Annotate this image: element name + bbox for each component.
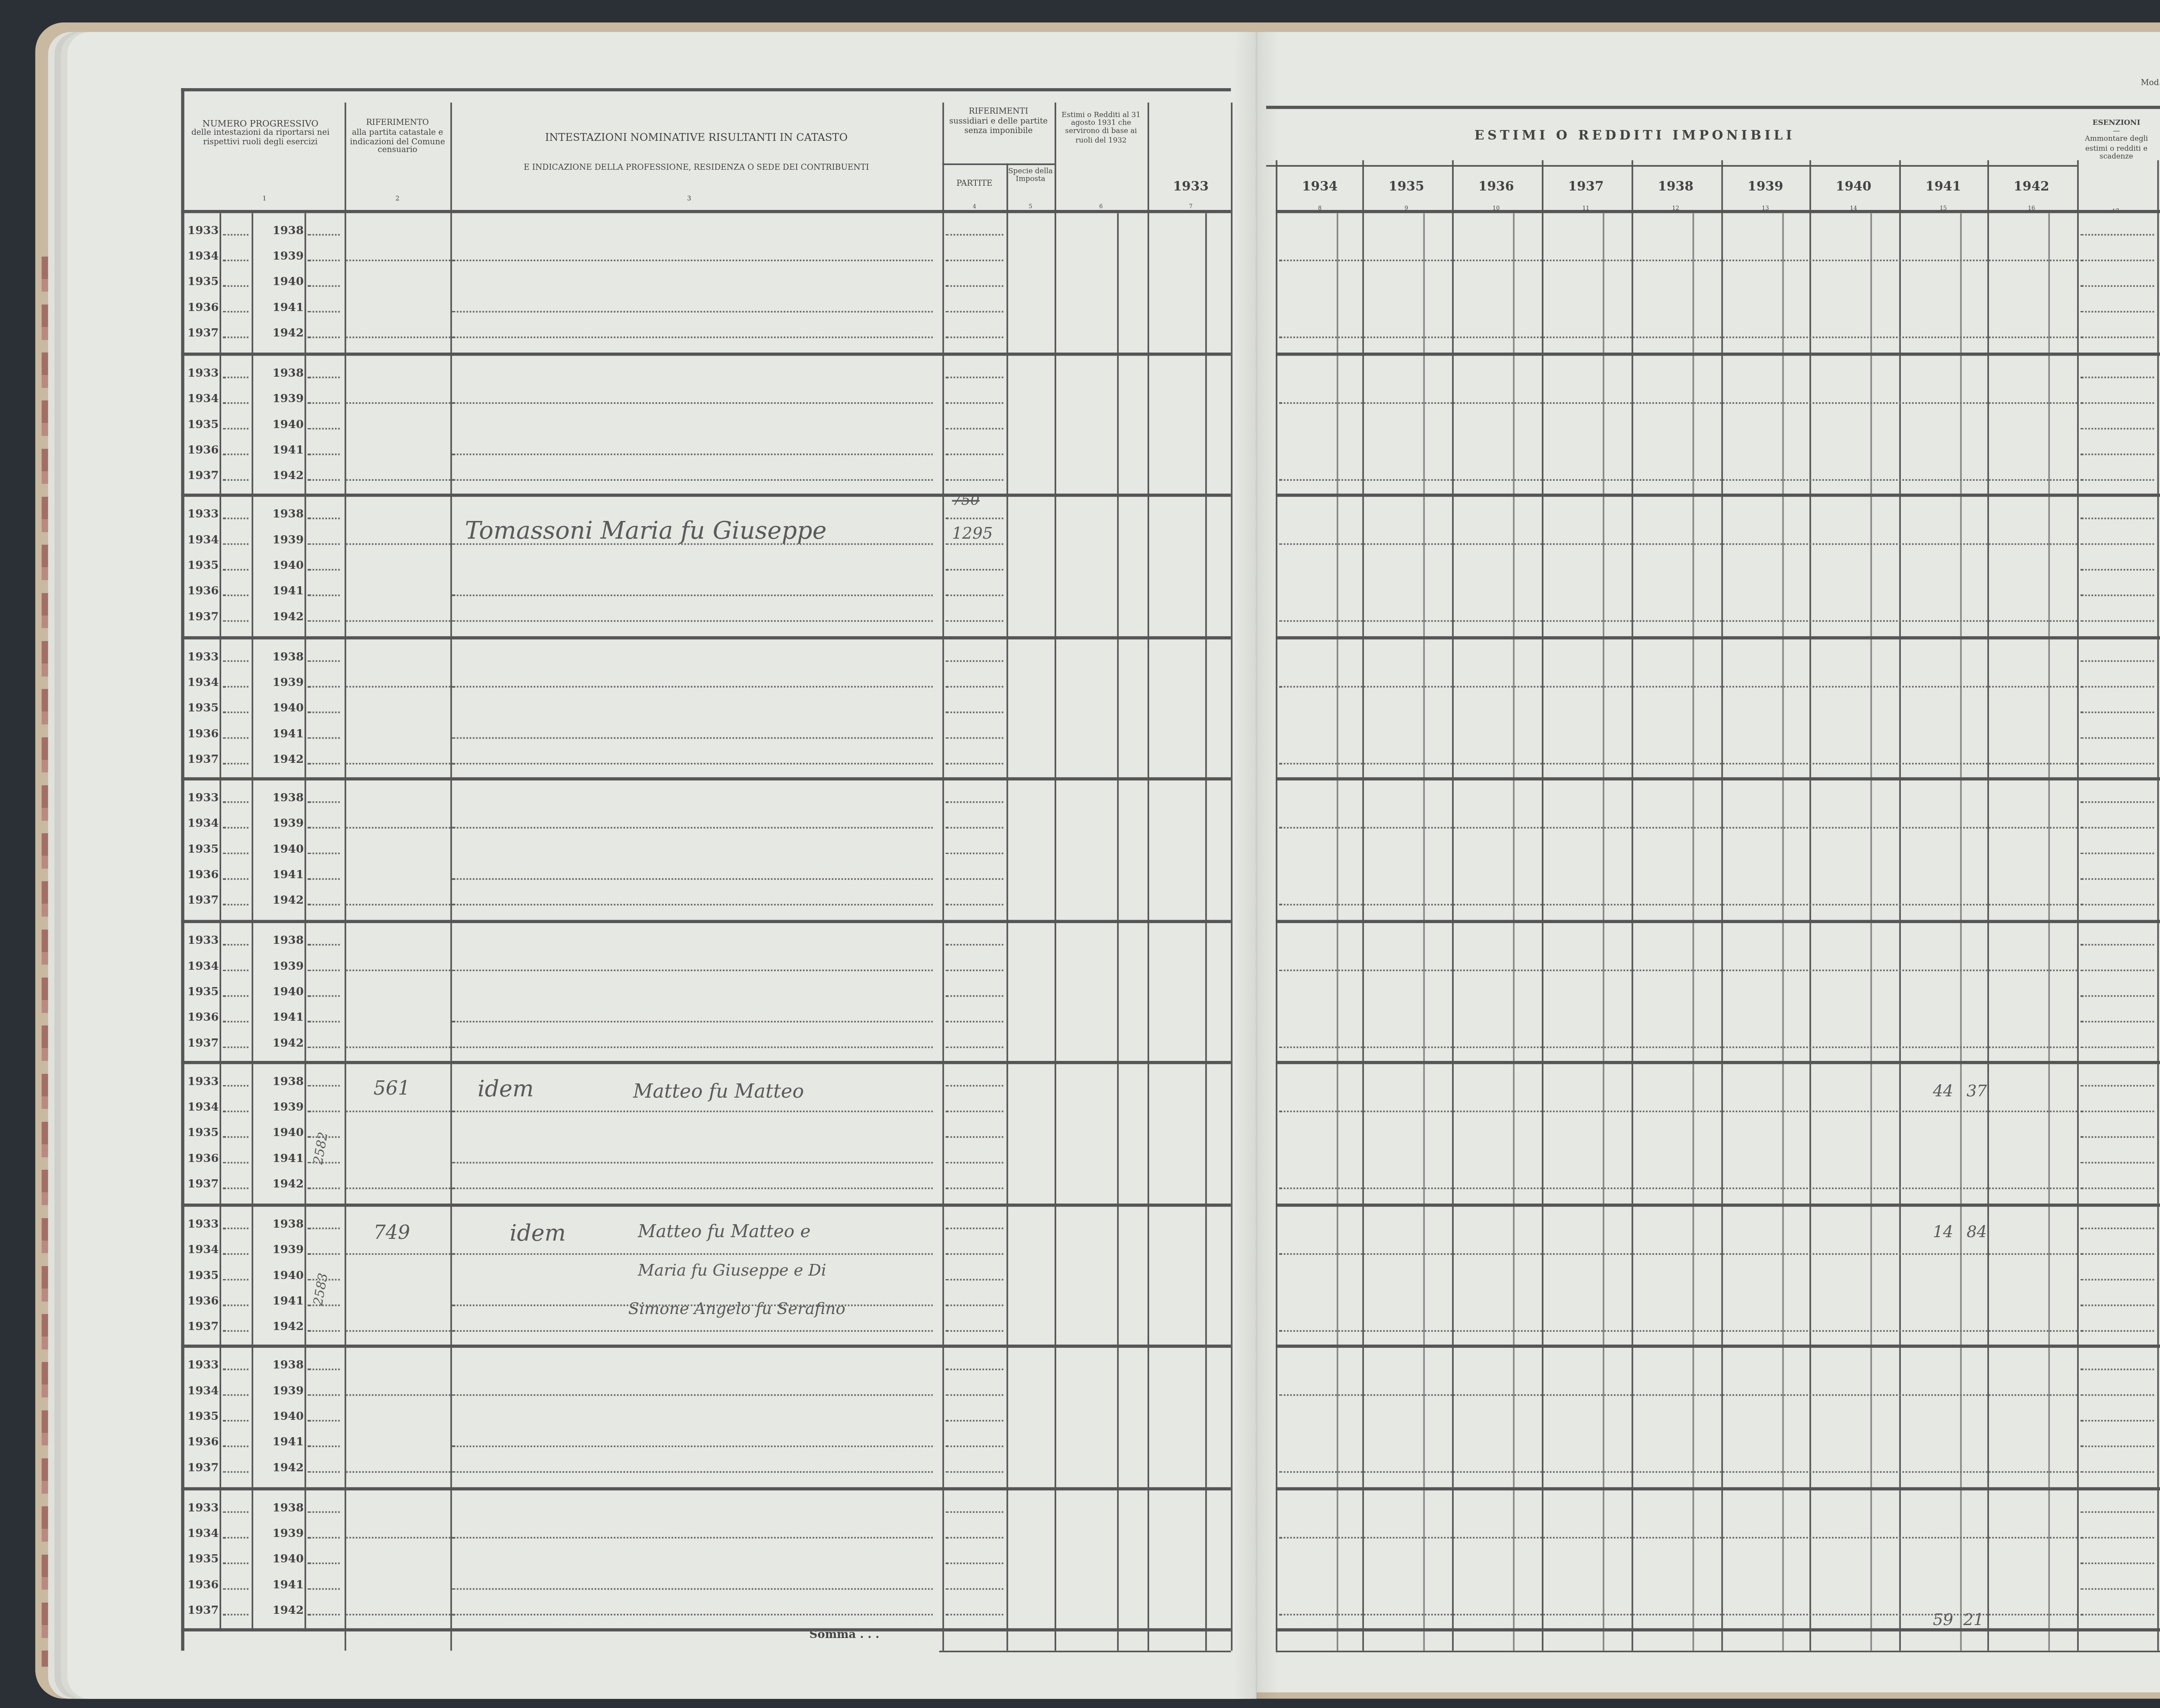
dotted-line [223,569,248,571]
dotted-line [308,1562,340,1563]
year-label: 1941 [273,725,304,740]
total-1941-int: 59 [1933,1612,1953,1630]
year-header: 1939 [1722,180,1810,194]
dotted-line [223,1511,248,1512]
dotted-line [946,478,1004,480]
year-col-num: 15 [1899,205,1987,212]
dotted-line [946,994,1004,996]
row-border-right [1276,919,2160,926]
dotted-line [346,620,450,622]
dotted-line [223,1420,248,1422]
dotted-line [346,337,450,338]
dotted-line [308,1536,340,1538]
dotted-line [452,1187,933,1189]
row-border-right [1276,635,2160,642]
dotted-line [946,1046,1004,1048]
year-col-num: 13 [1722,205,1810,212]
dotted-line [2081,1562,2154,1563]
cents-divider [1782,213,1784,1651]
year-label: 1934 [187,958,219,972]
cents-divider [2048,213,2050,1651]
year-label: 1933 [187,1357,219,1371]
dotted-line [223,1187,248,1189]
year-label: 1940 [273,558,304,572]
year-label: 1933 [187,365,219,379]
dotted-line [346,1329,450,1331]
dotted-line [1279,620,2077,622]
dotted-line [308,711,340,712]
dotted-line [1279,260,2077,261]
dotted-line [308,1227,340,1229]
year-label: 1934 [187,1383,219,1397]
year-label: 1936 [187,1434,219,1448]
left-col-divider [1055,102,1056,1651]
dotted-line [223,762,248,764]
dotted-line [308,1278,340,1280]
dotted-line [308,1136,340,1138]
dotted-line [452,1020,933,1022]
col1-sub: delle intestazioni da riportarsi nei ris… [176,130,345,149]
dotted-line [308,453,340,454]
dotted-line [2081,1304,2154,1305]
dotted-line [946,853,1004,854]
dotted-line [452,543,933,545]
dotted-line [946,453,1004,454]
dotted-line [946,1278,1004,1280]
dotted-line [346,1252,450,1254]
dotted-line [223,260,248,261]
dotted-line [452,878,933,880]
dotted-line [308,827,340,829]
dotted-line [223,827,248,829]
dotted-line [452,1445,933,1447]
dotted-line [308,853,340,854]
dotted-line [2081,311,2154,313]
year-label: 1937 [187,467,219,481]
year-label: 1936 [187,1292,219,1307]
dotted-line [308,1368,340,1370]
dotted-line [946,1420,1004,1422]
dotted-line [946,801,1004,803]
dotted-line [2081,994,2154,996]
dotted-line [946,904,1004,905]
dotted-line [223,1136,248,1138]
year-label: 1940 [273,1409,304,1423]
dotted-line [2081,620,2154,622]
dotted-line [452,337,933,338]
dotted-line [223,594,248,596]
dotted-line [2081,376,2154,378]
year-label: 1942 [273,1602,304,1616]
dotted-line [946,1562,1004,1563]
dotted-line [346,1046,450,1048]
year-label: 1935 [187,416,219,430]
year-label: 1935 [187,1125,219,1139]
dotted-line [223,1562,248,1563]
entry7-1941-dec: 37 [1966,1083,1987,1101]
row-border-left [181,352,1231,358]
col17-header: ESENZIONI — Ammontare degli estimi o red… [2079,120,2154,162]
dotted-line [2081,1136,2154,1138]
year-label: 1935 [187,1409,219,1423]
dotted-line [2081,1162,2154,1164]
dotted-line [223,337,248,338]
dotted-line [2081,427,2154,429]
dotted-line [1279,969,2077,971]
dotted-line [223,1471,248,1473]
dotted-line [1279,1536,2077,1538]
sum-line-right [1276,1651,2160,1652]
dotted-line [223,453,248,454]
year-label: 1940 [273,274,304,288]
entry7-name: Matteo fu Matteo [633,1080,804,1103]
dotted-line [223,1111,248,1112]
left-col-divider [1231,102,1232,1651]
dotted-line [346,1613,450,1615]
dotted-line [346,478,450,480]
year-label: 1942 [273,325,304,340]
dotted-line [2081,1511,2154,1512]
dotted-line [308,1046,340,1048]
dotted-line [452,1471,933,1473]
dotted-line [223,517,248,519]
dotted-line [308,943,340,945]
dotted-line [946,1020,1004,1022]
year-label: 1938 [273,648,304,663]
col6-header: Estimi o Redditi al 31 agosto 1931 che s… [1056,112,1146,146]
dotted-line [452,1587,933,1589]
year-label: 1939 [273,674,304,688]
dotted-line [2081,453,2154,454]
dotted-line [2081,1445,2154,1447]
form-code: Mod. 111 - Imposte Dirette (Intercalare)… [2084,80,2160,89]
year-label: 1942 [273,1318,304,1332]
year-label: 1942 [273,609,304,623]
dotted-line [2081,337,2154,338]
dotted-line [308,685,340,687]
dotted-line [1279,904,2077,905]
row-border-left [181,777,1231,784]
dotted-line [2081,737,2154,738]
dotted-line [308,1587,340,1589]
year-label: 1937 [187,1602,219,1616]
dotted-line [2081,660,2154,661]
year-label: 1933 [187,506,219,521]
year-label: 1938 [273,932,304,946]
dotted-line [223,1162,248,1164]
row-border-right [1276,1486,2160,1493]
year-label: 1939 [273,1525,304,1539]
dotted-line [346,762,450,764]
cents-divider [1603,213,1604,1651]
dotted-line [223,427,248,429]
year-label: 1936 [187,1151,219,1165]
entry3-name: Tomassoni Maria fu Giuseppe [465,516,827,545]
dotted-line [2081,878,2154,880]
year-label: 1935 [187,699,219,714]
dotted-line [946,762,1004,764]
dotted-line [946,1085,1004,1087]
year-label: 1937 [187,751,219,765]
dotted-line [223,1085,248,1087]
year-label: 1939 [273,958,304,972]
dotted-line [223,1445,248,1447]
left-col-divider [1007,163,1008,1651]
dotted-line [308,969,340,971]
year-label: 1937 [187,1176,219,1191]
dotted-line [2081,1394,2154,1396]
year-label: 1937 [187,1035,219,1049]
book-gutter [1234,32,1279,1698]
dotted-line [946,1304,1004,1305]
dotted-line [946,1445,1004,1447]
dotted-line [223,1278,248,1280]
dotted-line [223,1613,248,1615]
year-header: 1940 [1810,180,1898,194]
dotted-line [2081,969,2154,971]
col2-header: RIFERIMENTO alla partita catastale e ind… [346,120,448,157]
year-label: 1936 [187,583,219,597]
dotted-line [2081,1020,2154,1022]
dotted-line [308,311,340,313]
dotted-line [452,685,933,687]
dotted-line [223,904,248,905]
dotted-line [2081,762,2154,764]
dotted-line [452,594,933,596]
dotted-line [452,1111,933,1112]
dotted-line [2081,543,2154,545]
year-label: 1939 [273,248,304,263]
year-label: 1942 [273,467,304,481]
dotted-line [308,517,340,519]
year-label: 1934 [187,532,219,546]
year-label: 1934 [187,1525,219,1539]
dotted-line [346,685,450,687]
dotted-line [452,1536,933,1538]
year-label: 1938 [273,790,304,804]
year-label: 1940 [273,1125,304,1139]
dotted-line [2081,1613,2154,1615]
dotted-line [452,1046,933,1048]
dotted-line [2081,801,2154,803]
dotted-line [223,1252,248,1254]
dotted-line [452,904,933,905]
year-header: 1934 [1276,180,1364,194]
dotted-line [452,401,933,403]
year-header: 1941 [1899,180,1987,194]
dotted-line [946,1227,1004,1229]
col5-title: Specie della Imposta [1007,168,1055,185]
dotted-line [946,1511,1004,1512]
dotted-line [308,1252,340,1254]
dotted-line [308,801,340,803]
year-label: 1934 [187,816,219,830]
col5-num: 5 [1023,203,1039,210]
year-label: 1942 [273,1176,304,1191]
dotted-line [223,711,248,712]
dotted-line [1279,337,2077,338]
entry8-name-line1: Matteo fu Matteo e [638,1221,811,1242]
dotted-line [223,1536,248,1538]
year-label: 1934 [187,248,219,263]
dotted-line [2081,904,2154,905]
year-label: 1933 [187,1216,219,1230]
col3-title: INTESTAZIONI NOMINATIVE RISULTANTI IN CA… [452,133,941,145]
dotted-line [2081,1536,2154,1538]
cents-divider [1871,213,1872,1651]
year-label: 1934 [187,390,219,404]
left-header-border [181,210,1231,216]
dotted-line [346,1394,450,1396]
year-label: 1935 [187,274,219,288]
year-col-num: 11 [1542,205,1630,212]
dotted-line [346,401,450,403]
dotted-line [346,1536,450,1538]
dotted-line [946,594,1004,596]
year-header: 1935 [1363,180,1451,194]
dotted-line [946,337,1004,338]
dotted-line [308,427,340,429]
right-col-divider [1276,160,1277,1651]
dotted-line [452,1252,933,1254]
left-col-divider [1117,213,1119,1651]
dotted-line [308,569,340,571]
dotted-line [308,1511,340,1512]
year-label: 1938 [273,1216,304,1230]
year-label: 1941 [273,867,304,881]
dotted-line [308,376,340,378]
dotted-line [946,401,1004,403]
dotted-line [346,904,450,905]
col4-num: 4 [966,203,982,210]
row-border-left [181,494,1231,500]
year-label: 1937 [187,609,219,623]
dotted-line [2081,1471,2154,1473]
cents-divider [1423,213,1425,1651]
dotted-line [452,762,933,764]
dotted-line [1279,1252,2077,1254]
col7-year: 1933 [1151,180,1231,194]
dotted-line [2081,1111,2154,1112]
dotted-line [452,1162,933,1164]
dotted-line [2081,1187,2154,1189]
dotted-line [946,311,1004,313]
dotted-line [346,543,450,545]
dotted-line [2081,685,2154,687]
cents-divider [1693,213,1694,1651]
year-label: 1941 [273,1434,304,1448]
dotted-line [346,969,450,971]
dotted-line [308,1020,340,1022]
year-label: 1936 [187,441,219,456]
year-label: 1941 [273,441,304,456]
dotted-line [308,337,340,338]
year-label: 1936 [187,1576,219,1591]
dotted-line [223,620,248,622]
dotted-line [223,1329,248,1331]
left-page [67,32,1257,1698]
dotted-line [223,285,248,287]
dotted-line [452,737,933,738]
row-border-left [181,1486,1231,1493]
dotted-line [2081,1368,2154,1370]
dotted-line [452,827,933,829]
dotted-line [308,1445,340,1447]
row-border-left [181,1628,1231,1635]
year-label: 1934 [187,1241,219,1255]
dotted-line [2081,260,2154,261]
row-border-left [181,919,1231,926]
year-col-num: 12 [1632,205,1720,212]
dotted-line [223,311,248,313]
col1-num: 1 [257,196,273,203]
entry7-partita: 561 [373,1077,410,1099]
row-border-right [1276,1203,2160,1209]
row-border-right [1276,1628,2160,1635]
year-label: 1941 [273,583,304,597]
dotted-line [1279,762,2077,764]
dotted-line [946,1162,1004,1164]
year-label: 1938 [273,223,304,237]
cents-divider [1513,213,1515,1651]
dotted-line [452,620,933,622]
dotted-line [308,234,340,236]
dotted-line [346,1187,450,1189]
dotted-line [223,853,248,854]
dotted-line [946,1252,1004,1254]
dotted-line [346,1111,450,1112]
year-label: 1937 [187,325,219,340]
dotted-line [452,1613,933,1615]
year-label: 1936 [187,867,219,881]
col6-num: 6 [1093,203,1109,210]
total-1941-dec: 21 [1963,1612,1984,1630]
dotted-line [223,801,248,803]
dotted-line [2081,1420,2154,1422]
year-label: 1938 [273,506,304,521]
col1-header: NUMERO PROGRESSIVO delle intestazioni da… [176,120,345,149]
dotted-line [452,1329,933,1331]
entry8-name-line2: Maria fu Giuseppe e Di [638,1263,826,1280]
dotted-line [2081,517,2154,519]
year-label: 1935 [187,558,219,572]
cents-divider [1960,213,1962,1651]
dotted-line [946,1613,1004,1615]
right-col-divider [2157,160,2159,1651]
dotted-line [946,660,1004,661]
dotted-line [452,453,933,454]
year-col-num: 9 [1363,205,1451,212]
dotted-line [2081,1085,2154,1087]
dotted-line [308,660,340,661]
dotted-line [946,517,1004,519]
left-col-divider [1205,213,1207,1651]
dotted-line [1279,827,2077,829]
year-header: 1942 [1987,180,2075,194]
dotted-line [308,1329,340,1331]
year-label: 1933 [187,223,219,237]
dotted-line [223,1394,248,1396]
dotted-line [308,478,340,480]
year-label: 1936 [187,1009,219,1023]
dotted-line [2081,594,2154,596]
row-border-right [1276,494,2160,500]
year-label: 1942 [273,751,304,765]
dotted-line [946,427,1004,429]
year-label: 1938 [273,1499,304,1514]
dotted-line [452,969,933,971]
dotted-line [946,878,1004,880]
